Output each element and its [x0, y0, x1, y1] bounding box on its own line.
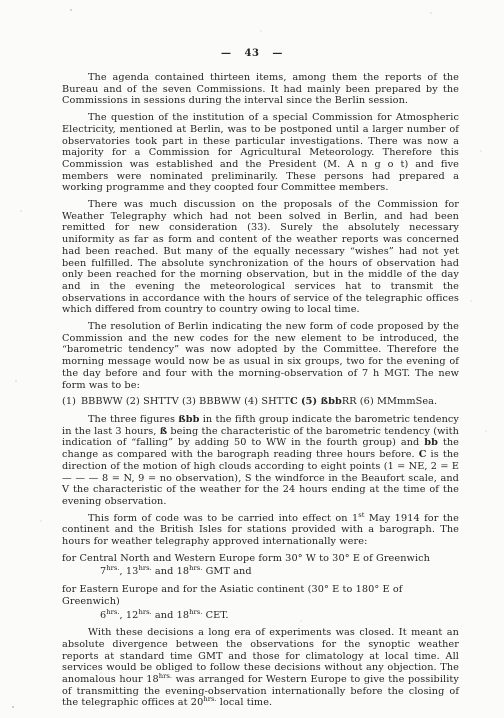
text-run: and 18: [152, 610, 189, 621]
superscript: hrs.: [106, 607, 119, 615]
paragraph-12: With these decisions a long era of exper…: [62, 627, 459, 709]
text-run: ßbb: [178, 414, 199, 425]
text-run: for Eastern Europe and for the Asiatic c…: [62, 584, 406, 607]
text-run: RR (6) MMmmSea.: [342, 396, 437, 407]
page-number: — 43 —: [0, 48, 504, 59]
text-run: (1) BBBWW (2) SHTTV (3) BBBWW (4) SHTT: [62, 396, 290, 407]
paragraph-8: for Central North and Western Europe for…: [62, 553, 459, 565]
scan-noise: [0, 0, 2, 2]
paragraph-5: (1) BBBWW (2) SHTTV (3) BBBWW (4) SHTTC …: [62, 396, 459, 408]
paragraph-9: 7hrs., 13hrs. and 18hrs. GMT and: [62, 566, 459, 578]
paragraph-6: The three figures ßbb in the fifth group…: [62, 414, 459, 508]
paragraph-11: 6hrs., 12hrs. and 18hrs. CET.: [62, 610, 459, 622]
text-run: local time.: [217, 697, 273, 708]
text-run: bb: [424, 437, 438, 448]
superscript: hrs.: [189, 607, 202, 615]
superscript: hrs.: [203, 695, 216, 703]
text-run: The resolution of Berlin indicating the …: [62, 321, 462, 391]
superscript: hrs.: [138, 607, 151, 615]
superscript: hrs.: [106, 564, 119, 572]
superscript: hrs.: [189, 564, 202, 572]
text-run: (5) ßbb: [301, 396, 342, 407]
paragraph-7: This form of code was to be carried into…: [62, 513, 459, 548]
text-run: , 13: [120, 566, 139, 577]
text-run: and 18: [152, 566, 189, 577]
document-page: — 43 — The agenda contained thirteen ite…: [0, 0, 504, 718]
text-run: , 12: [120, 610, 139, 621]
text-run: The agenda contained thirteen items, amo…: [62, 72, 462, 106]
paragraph-1: The agenda contained thirteen items, amo…: [62, 72, 459, 107]
text-block: The agenda contained thirteen items, amo…: [62, 72, 459, 714]
text-run: GMT and: [202, 566, 251, 577]
paragraph-10: for Eastern Europe and for the Asiatic c…: [62, 584, 459, 607]
paragraph-2: The question of the institution of a spe…: [62, 112, 459, 194]
text-run: The question of the institution of a spe…: [62, 112, 462, 193]
text-run: C: [419, 449, 427, 460]
text-run: This form of code was to be carried into…: [88, 513, 358, 524]
text-run: There was much discussion on the proposa…: [62, 199, 462, 315]
paragraph-4: The resolution of Berlin indicating the …: [62, 321, 459, 391]
superscript: hrs.: [159, 672, 172, 680]
superscript: hrs.: [138, 564, 151, 572]
text-run: C: [290, 396, 298, 407]
text-run: for Central North and Western Europe for…: [62, 553, 430, 564]
text-run: The three figures: [88, 414, 178, 425]
text-run: CET.: [202, 610, 228, 621]
paragraph-3: There was much discussion on the proposa…: [62, 199, 459, 316]
